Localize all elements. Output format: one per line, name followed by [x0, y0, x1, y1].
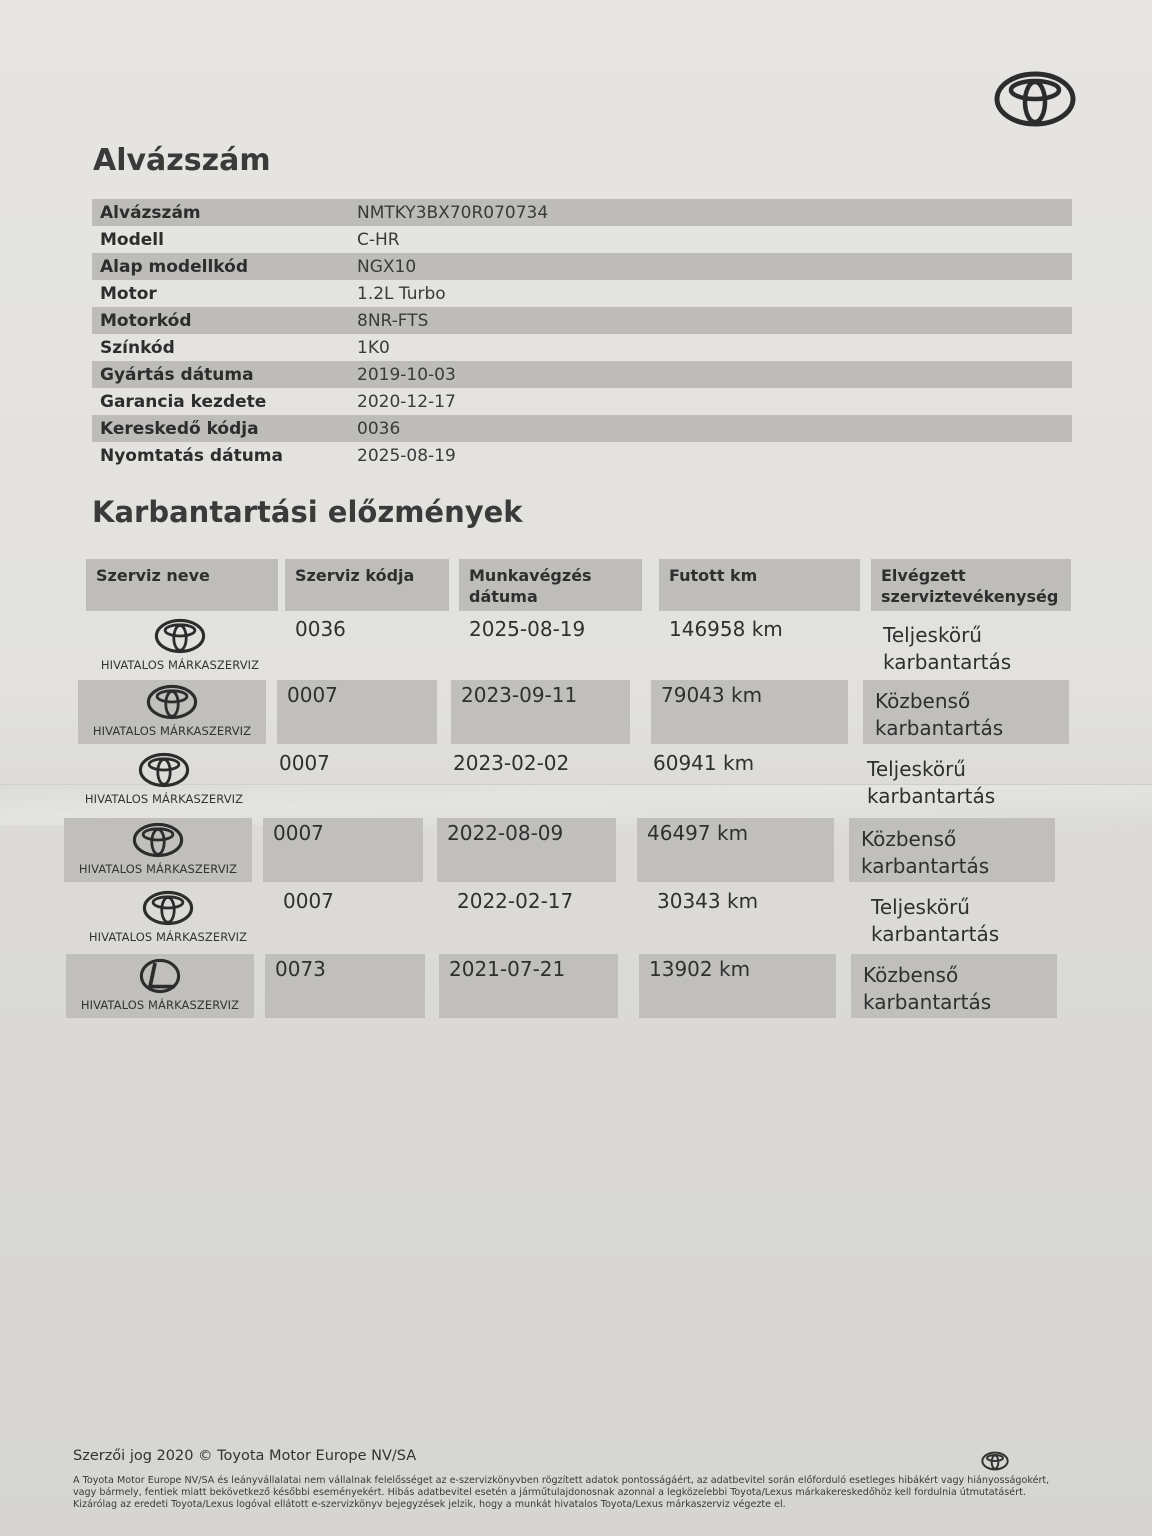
toyota-logo-icon — [141, 890, 195, 926]
service-brand-cell: HIVATALOS MÁRKASZERVIZ — [78, 680, 266, 744]
info-row: Garancia kezdete2020-12-17 — [92, 388, 1072, 415]
service-code: 0036 — [285, 614, 445, 678]
service-activity: Teljeskörű karbantartás — [859, 886, 1065, 950]
service-km: 79043 km — [651, 680, 848, 744]
info-label: Színkód — [100, 338, 175, 358]
toyota-logo-icon — [993, 70, 1077, 128]
service-code: 0007 — [277, 680, 437, 744]
service-code: 0073 — [265, 954, 425, 1018]
service-activity: Teljeskörű karbantartás — [855, 748, 1061, 812]
info-label: Nyomtatás dátuma — [100, 446, 283, 466]
info-row: Alap modellkódNGX10 — [92, 253, 1072, 280]
info-row: Nyomtatás dátuma2025-08-19 — [92, 442, 1072, 469]
service-code: 0007 — [273, 886, 433, 950]
official-service-label: HIVATALOS MÁRKASZERVIZ — [78, 724, 266, 738]
service-brand-cell: HIVATALOS MÁRKASZERVIZ — [74, 886, 262, 950]
info-label: Motorkód — [100, 311, 191, 331]
info-value: NMTKY3BX70R070734 — [357, 203, 548, 223]
info-row: Motorkód8NR-FTS — [92, 307, 1072, 334]
service-km: 13902 km — [639, 954, 836, 1018]
info-row: AlvázszámNMTKY3BX70R070734 — [92, 199, 1072, 226]
lexus-logo-icon — [133, 958, 187, 994]
service-date: 2022-02-17 — [447, 886, 626, 950]
service-brand-cell: HIVATALOS MÁRKASZERVIZ — [86, 614, 274, 678]
service-code: 0007 — [269, 748, 429, 812]
service-brand-cell: HIVATALOS MÁRKASZERVIZ — [70, 748, 258, 812]
service-brand-cell: HIVATALOS MÁRKASZERVIZ — [64, 818, 252, 882]
column-header: Szerviz neve — [86, 559, 278, 611]
column-header: Munkavégzés dátuma — [459, 559, 642, 611]
service-history-title: Karbantartási előzmények — [92, 495, 523, 529]
toyota-logo-icon — [131, 822, 185, 858]
info-row: Kereskedő kódja0036 — [92, 415, 1072, 442]
column-header: Futott km — [659, 559, 860, 611]
official-service-label: HIVATALOS MÁRKASZERVIZ — [70, 792, 258, 806]
service-activity: Közbenső karbantartás — [863, 680, 1069, 744]
info-label: Alap modellkód — [100, 257, 248, 277]
toyota-logo-small-icon — [981, 1451, 1009, 1471]
service-km: 30343 km — [647, 886, 844, 950]
info-label: Modell — [100, 230, 164, 250]
service-date: 2023-02-02 — [443, 748, 622, 812]
official-service-label: HIVATALOS MÁRKASZERVIZ — [66, 998, 254, 1012]
info-value: 0036 — [357, 419, 400, 439]
info-value: 2025-08-19 — [357, 446, 456, 466]
service-code: 0007 — [263, 818, 423, 882]
vin-section-title: Alvázszám — [93, 143, 271, 178]
info-value: 1.2L Turbo — [357, 284, 446, 304]
toyota-logo-icon — [137, 752, 191, 788]
info-value: 2020-12-17 — [357, 392, 456, 412]
official-service-label: HIVATALOS MÁRKASZERVIZ — [74, 930, 262, 944]
service-brand-cell: HIVATALOS MÁRKASZERVIZ — [66, 954, 254, 1018]
info-value: C-HR — [357, 230, 400, 250]
info-label: Alvázszám — [100, 203, 201, 223]
info-row: Színkód1K0 — [92, 334, 1072, 361]
service-km: 60941 km — [643, 748, 840, 812]
info-value: 1K0 — [357, 338, 390, 358]
service-date: 2021-07-21 — [439, 954, 618, 1018]
info-label: Kereskedő kódja — [100, 419, 259, 439]
official-service-label: HIVATALOS MÁRKASZERVIZ — [64, 862, 252, 876]
info-row: Motor1.2L Turbo — [92, 280, 1072, 307]
service-date: 2022-08-09 — [437, 818, 616, 882]
info-value: 8NR-FTS — [357, 311, 428, 331]
info-label: Garancia kezdete — [100, 392, 266, 412]
vehicle-info-table: AlvázszámNMTKY3BX70R070734ModellC-HRAlap… — [92, 199, 1072, 469]
copyright-text: Szerzői jog 2020 © Toyota Motor Europe N… — [73, 1448, 416, 1464]
info-value: 2019-10-03 — [357, 365, 456, 385]
info-label: Gyártás dátuma — [100, 365, 254, 385]
toyota-logo-icon — [153, 618, 207, 654]
service-km: 46497 km — [637, 818, 834, 882]
service-km: 146958 km — [659, 614, 856, 678]
official-service-label: HIVATALOS MÁRKASZERVIZ — [86, 658, 274, 672]
column-header: Szerviz kódja — [285, 559, 449, 611]
info-value: NGX10 — [357, 257, 416, 277]
info-label: Motor — [100, 284, 157, 304]
service-date: 2025-08-19 — [459, 614, 638, 678]
disclaimer-text: A Toyota Motor Europe NV/SA és leányváll… — [73, 1475, 1053, 1511]
service-activity: Közbenső karbantartás — [849, 818, 1055, 882]
column-header: Elvégzett szerviztevékenység — [871, 559, 1071, 611]
toyota-logo-icon — [145, 684, 199, 720]
service-activity: Teljeskörű karbantartás — [871, 614, 1077, 678]
service-date: 2023-09-11 — [451, 680, 630, 744]
info-row: Gyártás dátuma2019-10-03 — [92, 361, 1072, 388]
service-activity: Közbenső karbantartás — [851, 954, 1057, 1018]
info-row: ModellC-HR — [92, 226, 1072, 253]
